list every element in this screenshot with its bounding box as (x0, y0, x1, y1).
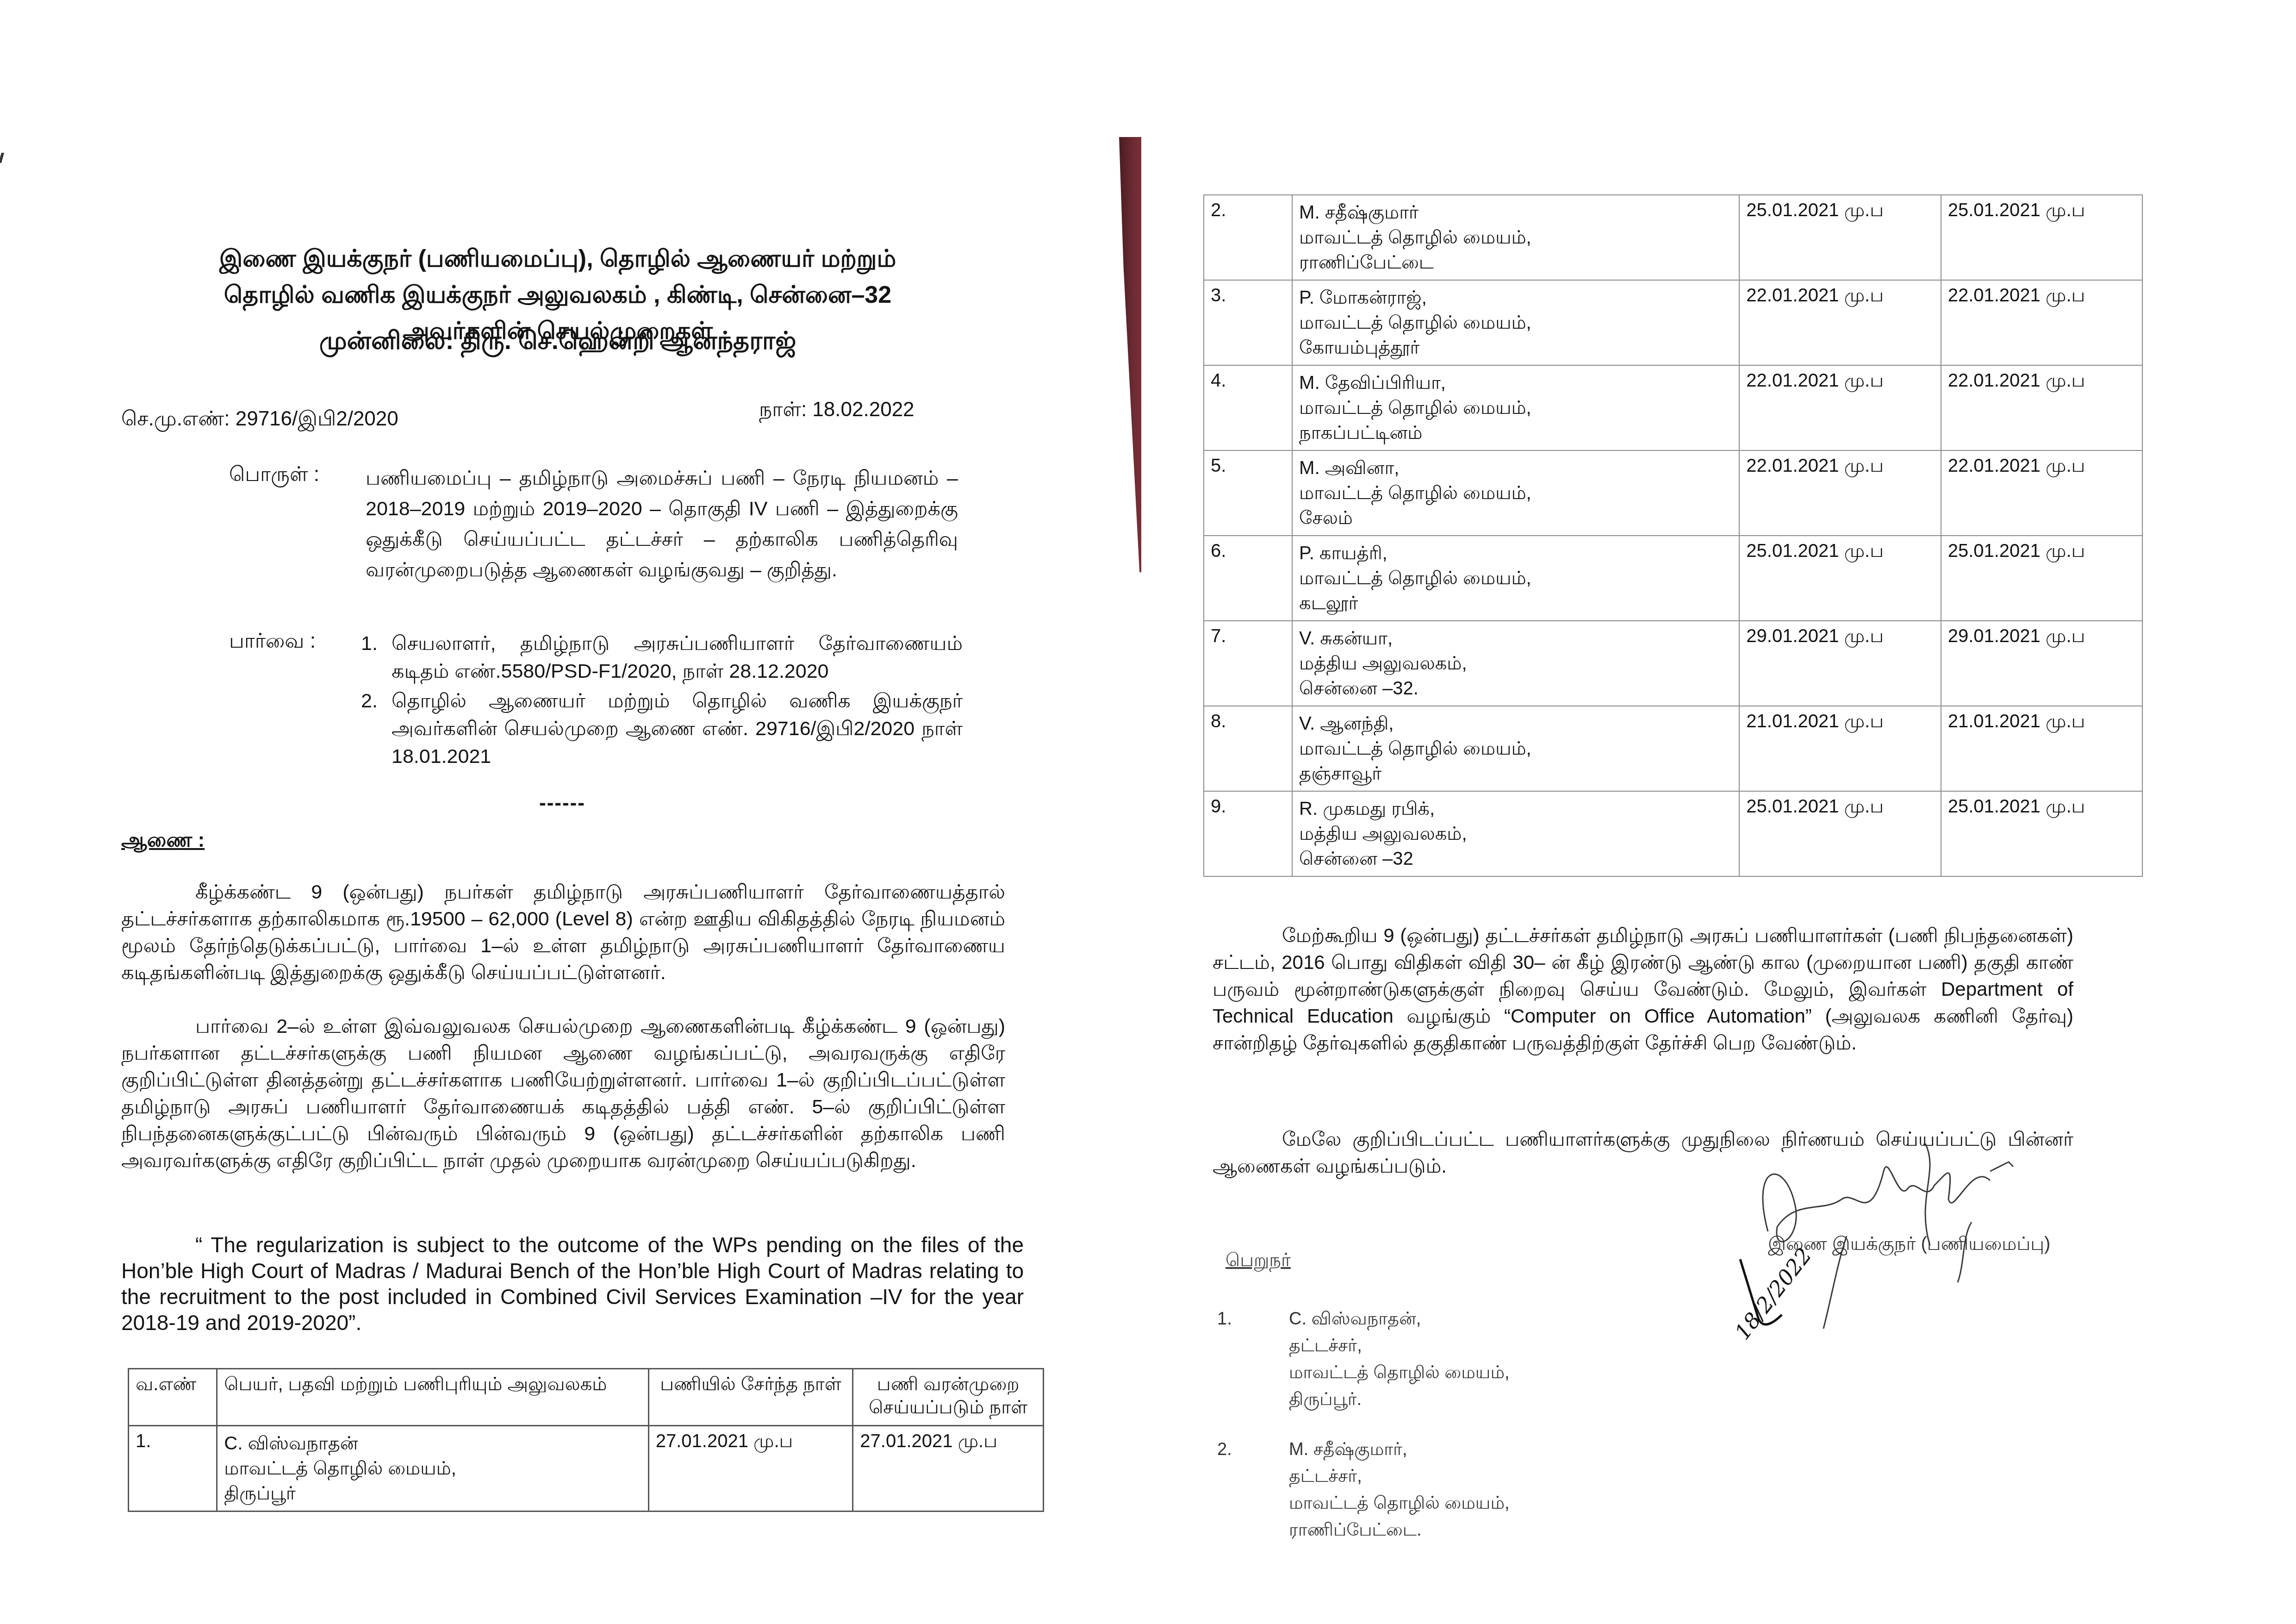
left-page: இணை இயக்குநர் (பணியமைப்பு), தொழில் ஆணையர… (0, 0, 1120, 1624)
subject-label: பொருள் : (229, 463, 319, 489)
english-regularization-note: “ The regularization is subject to the o… (121, 1232, 1024, 1336)
table-row: 6.P. காயத்ரி,மாவட்டத் தொழில் மையம்,கடலூர… (1204, 536, 2142, 621)
recipient-office: மாவட்டத் தொழில் மையம், (1289, 1359, 1510, 1386)
serial-cell: 4. (1204, 365, 1292, 450)
recipient-place: ராணிப்பேட்டை. (1289, 1517, 1510, 1543)
serial-cell: 8. (1204, 706, 1292, 791)
table-row: 7.V. சுகன்யா,மத்திய அலுவலகம்,சென்னை –32.… (1204, 621, 2142, 706)
serial-cell: 6. (1204, 536, 1292, 621)
name-office-cell: M. அவினா,மாவட்டத் தொழில் மையம்,சேலம் (1292, 450, 1739, 536)
probation-paragraph: மேற்கூறிய 9 (ஒன்பது) தட்டச்சர்கள் தமிழ்ந… (1213, 922, 2073, 1056)
typists-table-part-2: 2.M. சதீஷ்குமார்மாவட்டத் தொழில் மையம்,ரா… (1203, 194, 2143, 877)
employee-name: M. சதீஷ்குமார் (1299, 200, 1732, 225)
office-name: மாவட்டத் தொழில் மையம், (1299, 481, 1732, 506)
joined-date-cell: 27.01.2021 மு.ப (648, 1426, 853, 1512)
name-office-cell: P. மோகன்ராஜ்,மாவட்டத் தொழில் மையம்,கோயம்… (1292, 280, 1739, 365)
name-office-cell: M. சதீஷ்குமார்மாவட்டத் தொழில் மையம்,ராணி… (1292, 195, 1739, 280)
name-office-cell: V. ஆனந்தி,மாவட்டத் தொழில் மையம்,தஞ்சாவூர… (1292, 706, 1739, 791)
office-name: மாவட்டத் தொழில் மையம், (1299, 736, 1732, 761)
serial-cell: 9. (1204, 791, 1292, 876)
office-name: மத்திய அலுவலகம், (1299, 821, 1732, 846)
office-name: மாவட்டத் தொழில் மையம், (1299, 566, 1732, 591)
table-row: 5.M. அவினா,மாவட்டத் தொழில் மையம்,சேலம்22… (1204, 450, 2142, 536)
employee-name: P. காயத்ரி, (1299, 541, 1732, 566)
employee-name: M. தேவிப்பிரியா, (1299, 370, 1732, 395)
employee-name: P. மோகன்ராஜ், (1299, 285, 1732, 310)
employee-name: M. அவினா, (1299, 456, 1732, 481)
table-row: 8.V. ஆனந்தி,மாவட்டத் தொழில் மையம்,தஞ்சாவ… (1204, 706, 2142, 791)
presence-line: முன்னிலை: திரு. செ.ஹென்றி ஆனந்தராஜ் (176, 326, 940, 359)
recipients-list: 1. C. விஸ்வநாதன், தட்டச்சர், மாவட்டத் தொ… (1217, 1305, 1510, 1567)
order-paragraph-1: கீழ்க்கண்ட 9 (ஒன்பது) நபர்கள் தமிழ்நாடு … (121, 879, 1005, 986)
references-list: 1.செயலாளர், தமிழ்நாடு அரசுப்பணியாளர் தேர… (361, 630, 963, 772)
joined-date-cell: 22.01.2021 மு.ப (1739, 280, 1941, 365)
recipient-item: 2. M. சதீஷ்குமார், தட்டச்சர், மாவட்டத் த… (1217, 1436, 1510, 1543)
order-date: நாள்: 18.02.2022 (759, 398, 915, 424)
regularized-date-cell: 29.01.2021 மு.ப (1941, 621, 2142, 706)
office-place: ராணிப்பேட்டை (1299, 250, 1732, 275)
reference-text: தொழில் ஆணையர் மற்றும் தொழில் வணிக இயக்கு… (392, 690, 963, 768)
table-row: 9.R. முகமது ரபிக்,மத்திய அலுவலகம்,சென்னை… (1204, 791, 2142, 876)
recipient-name: C. விஸ்வநாதன், (1289, 1305, 1510, 1332)
col-serial: வ.எண் (129, 1369, 217, 1426)
reference-number: செ.மு.எண்: 29716/இபி2/2020 (121, 407, 398, 433)
office-place: திருப்பூர் (224, 1481, 641, 1506)
table-row: 3.P. மோகன்ராஜ்,மாவட்டத் தொழில் மையம்,கோய… (1204, 280, 2142, 365)
employee-name: V. ஆனந்தி, (1299, 711, 1732, 736)
office-name: மத்திய அலுவலகம், (1299, 651, 1732, 676)
right-page: 2.M. சதீஷ்குமார்மாவட்டத் தொழில் மையம்,ரா… (1143, 0, 2296, 1624)
col-joined-date: பணியில் சேர்ந்த நாள் (648, 1369, 853, 1426)
recipients-label: பெறுநர் (1226, 1250, 1291, 1273)
regularized-date-cell: 21.01.2021 மு.ப (1941, 706, 2142, 791)
serial-cell: 3. (1204, 280, 1292, 365)
references-label: பார்வை : (229, 630, 316, 656)
book-gutter-shadow (1119, 137, 1141, 572)
office-place: நாகப்பட்டினம் (1299, 420, 1732, 445)
employee-name: C. விஸ்வநாதன் (224, 1431, 641, 1456)
typists-table-part-1: வ.எண் பெயர், பதவி மற்றும் பணிபுரியும் அல… (128, 1368, 1044, 1512)
joined-date-cell: 22.01.2021 மு.ப (1739, 450, 1941, 536)
office-name: மாவட்டத் தொழில் மையம், (1299, 310, 1732, 335)
name-office-cell: M. தேவிப்பிரியா,மாவட்டத் தொழில் மையம்,நா… (1292, 365, 1739, 450)
name-office-cell: V. சுகன்யா,மத்திய அலுவலகம்,சென்னை –32. (1292, 621, 1739, 706)
col-name-office: பெயர், பதவி மற்றும் பணிபுரியும் அலுவலகம் (217, 1369, 648, 1426)
section-separator: ------ (539, 792, 585, 815)
office-name: மாவட்டத் தொழில் மையம், (1299, 395, 1732, 420)
order-heading: ஆணை : (121, 829, 205, 855)
recipient-name: M. சதீஷ்குமார், (1289, 1436, 1510, 1463)
regularized-date-cell: 25.01.2021 மு.ப (1941, 791, 2142, 876)
order-paragraph-2: பார்வை 2–ல் உள்ள இவ்வலுவலக செயல்முறை ஆணை… (121, 1013, 1005, 1174)
office-name: மாவட்டத் தொழில் மையம், (1299, 225, 1732, 250)
joined-date-cell: 29.01.2021 மு.ப (1739, 621, 1941, 706)
name-office-cell: R. முகமது ரபிக்,மத்திய அலுவலகம்,சென்னை –… (1292, 791, 1739, 876)
office-place: தஞ்சாவூர் (1299, 761, 1732, 786)
employee-name: R. முகமது ரபிக், (1299, 796, 1732, 821)
regularized-date-cell: 22.01.2021 மு.ப (1941, 280, 2142, 365)
office-place: சென்னை –32. (1299, 676, 1732, 701)
recipient-number: 2. (1217, 1436, 1232, 1463)
table-row: 4.M. தேவிப்பிரியா,மாவட்டத் தொழில் மையம்,… (1204, 365, 2142, 450)
office-place: சென்னை –32 (1299, 846, 1732, 871)
joined-date-cell: 25.01.2021 மு.ப (1739, 195, 1941, 280)
joined-date-cell: 25.01.2021 மு.ப (1739, 791, 1941, 876)
col-regularized-date: பணி வரன்முறை செய்யப்படும் நாள் (853, 1369, 1044, 1426)
serial-cell: 2. (1204, 195, 1292, 280)
recipient-designation: தட்டச்சர், (1289, 1463, 1510, 1490)
recipient-item: 1. C. விஸ்வநாதன், தட்டச்சர், மாவட்டத் தொ… (1217, 1305, 1510, 1413)
recipient-designation: தட்டச்சர், (1289, 1332, 1510, 1359)
subject-text: பணியமைப்பு – தமிழ்நாடு அமைச்சுப் பணி – ந… (366, 463, 958, 585)
table-row: 2.M. சதீஷ்குமார்மாவட்டத் தொழில் மையம்,ரா… (1204, 195, 2142, 280)
regularized-date-cell: 25.01.2021 மு.ப (1941, 195, 2142, 280)
joined-date-cell: 25.01.2021 மு.ப (1739, 536, 1941, 621)
name-office-cell: C. விஸ்வநாதன் மாவட்டத் தொழில் மையம், திர… (217, 1426, 648, 1512)
joined-date-cell: 21.01.2021 மு.ப (1739, 706, 1941, 791)
office-place: சேலம் (1299, 506, 1732, 531)
reference-number-label: 2. (361, 687, 378, 715)
table-row: 1. C. விஸ்வநாதன் மாவட்டத் தொழில் மையம், … (129, 1426, 1044, 1512)
reference-text: செயலாளர், தமிழ்நாடு அரசுப்பணியாளர் தேர்வ… (392, 632, 963, 682)
regularized-date-cell: 22.01.2021 மு.ப (1941, 365, 2142, 450)
serial-cell: 1. (129, 1426, 217, 1512)
reference-number-label: 1. (361, 630, 378, 657)
regularized-date-cell: 22.01.2021 மு.ப (1941, 450, 2142, 536)
recipient-place: திருப்பூர். (1289, 1386, 1510, 1413)
office-place: கடலூர் (1299, 591, 1732, 616)
recipient-office: மாவட்டத் தொழில் மையம், (1289, 1490, 1510, 1517)
regularized-date-cell: 27.01.2021 மு.ப (853, 1426, 1044, 1512)
employee-name: V. சுகன்யா, (1299, 626, 1732, 651)
recipient-number: 1. (1217, 1305, 1232, 1332)
reference-item: 1.செயலாளர், தமிழ்நாடு அரசுப்பணியாளர் தேர… (361, 630, 963, 685)
office-name: மாவட்டத் தொழில் மையம், (224, 1456, 641, 1481)
serial-cell: 7. (1204, 621, 1292, 706)
regularized-date-cell: 25.01.2021 மு.ப (1941, 536, 2142, 621)
office-place: கோயம்புத்தூர் (1299, 335, 1732, 360)
serial-cell: 5. (1204, 450, 1292, 536)
joined-date-cell: 22.01.2021 மு.ப (1739, 365, 1941, 450)
name-office-cell: P. காயத்ரி,மாவட்டத் தொழில் மையம்,கடலூர் (1292, 536, 1739, 621)
table-header-row: வ.எண் பெயர், பதவி மற்றும் பணிபுரியும் அல… (129, 1369, 1044, 1426)
reference-item: 2.தொழில் ஆணையர் மற்றும் தொழில் வணிக இயக்… (361, 687, 963, 770)
